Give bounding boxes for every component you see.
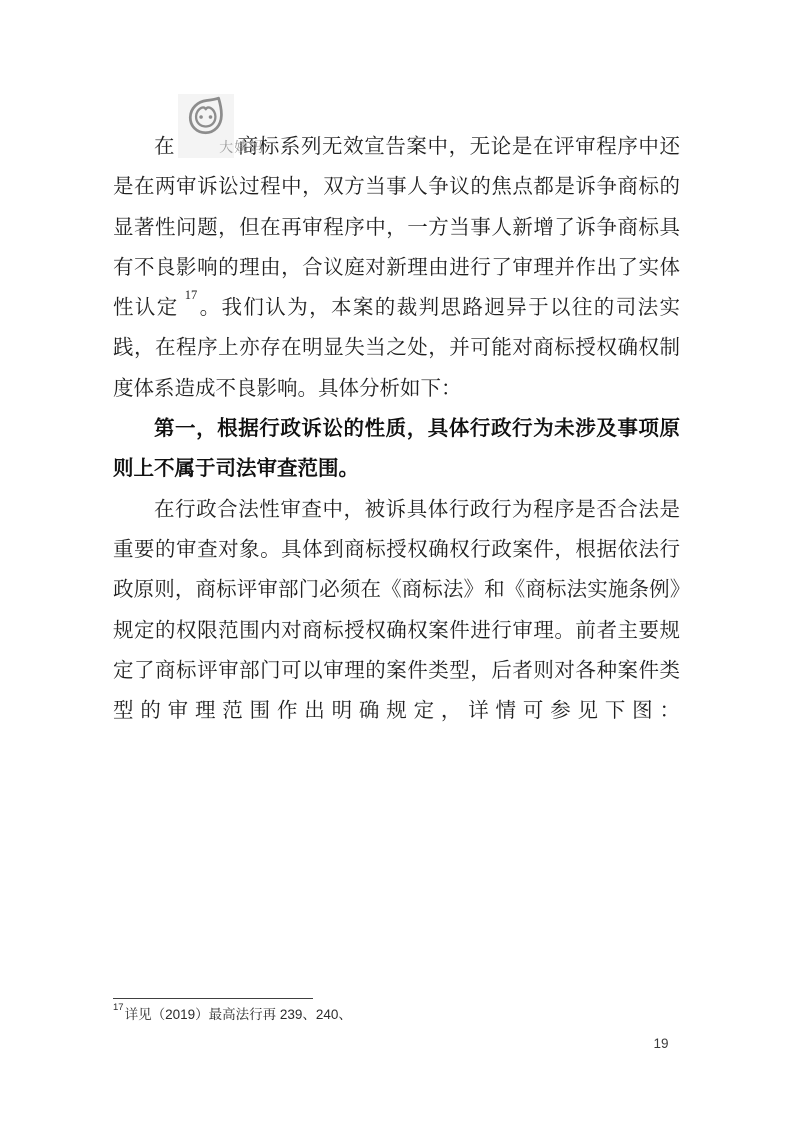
dayima-logo: 大姨妈 — [178, 133, 234, 153]
footnote-separator — [113, 998, 313, 999]
footnote-text: 详见（2019）最高法行再 239、240、 — [125, 1007, 352, 1022]
para1-text-part2: 。我们认为，本案的裁判思路迥异于以往的司法实践，在程序上亦存在明显失当之处，并可… — [113, 297, 680, 400]
paragraph-2-heading: 第一，根据行政诉讼的性质，具体行政行为未涉及事项原则上不属于司法审查范围。 — [113, 409, 680, 490]
paragraph-1: 在 大姨妈商标系列无效宣告案中，无论是在评审程序中还是在两审诉讼过程中，双方当事… — [113, 127, 680, 409]
footnote-ref-17: 17 — [185, 288, 198, 302]
body-text: 在 大姨妈商标系列无效宣告案中，无论是在评审程序中还是在两审诉讼过程中，双方当事… — [113, 127, 680, 731]
footnote-number: 17 — [113, 1002, 124, 1013]
page-number: 19 — [640, 1036, 682, 1051]
footnote-line: 17详见（2019）最高法行再 239、240、 — [113, 1006, 680, 1023]
para1-text-part1: 商标系列无效宣告案中，无论是在评审程序中还是在两审诉讼过程中，双方当事人争议的焦… — [113, 136, 680, 319]
document-page: 在 大姨妈商标系列无效宣告案中，无论是在评审程序中还是在两审诉讼过程中，双方当事… — [0, 0, 794, 1123]
footnote-area: 17详见（2019）最高法行再 239、240、 — [113, 998, 680, 1023]
logo-label: 大姨妈 — [178, 139, 234, 156]
droplet-face-icon — [185, 94, 227, 138]
para1-text-start: 在 — [154, 136, 175, 158]
paragraph-3: 在行政合法性审查中，被诉具体行政行为程序是否合法是重要的审查对象。具体到商标授权… — [113, 490, 680, 732]
